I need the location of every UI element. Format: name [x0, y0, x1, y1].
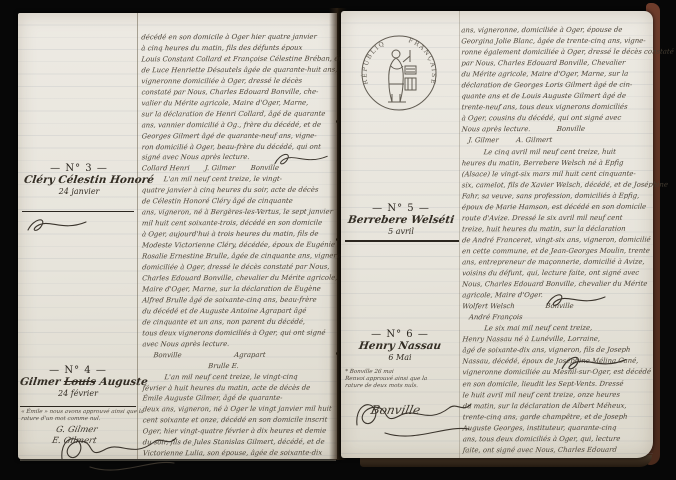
manuscript-line: le huit avril mil neuf cent treize, onze… — [462, 389, 649, 401]
manuscript-line: Bonville Agrapart — [142, 349, 336, 361]
manuscript-line: en cette commune, et de Jean-Georges Mou… — [462, 246, 649, 258]
signature-flourish-bonville — [58, 427, 178, 473]
manuscript-line: six, camelot, fils de Xavier Welsch, déc… — [461, 179, 648, 191]
note-line: rature de deux mots nuls. — [345, 383, 428, 390]
manuscript-line: sur la déclaration de Henri Collard, âgé… — [141, 108, 335, 120]
manuscript-line: Rosalie Ernestine Brulle, âgée de cinqua… — [142, 251, 336, 263]
act-number: — N° 4 — — [20, 365, 136, 376]
manuscript-line: ans, entrepreneur de maçonnerie, domicil… — [462, 257, 649, 269]
manuscript-line: (Alsace) le vingt-six mars mil huit cent… — [461, 168, 648, 180]
margin-entry-5: — N° 5 — Berrebere Welséti 5 avril — [345, 203, 457, 236]
act-date: 24 janvier — [24, 187, 134, 196]
manuscript-line: mil huit cent soixante-trois, décédé en … — [141, 218, 335, 230]
register-right-page: RÉPUBLIQUE FRANÇAISE ans, vigneronne, do… — [341, 11, 653, 458]
act-number: — N° 5 — — [345, 203, 457, 214]
manuscript-line: à Oger, aujourd'hui à trois heures du ma… — [142, 229, 336, 241]
manuscript-line: route d'Avize. Dressé le six avril mil n… — [461, 212, 648, 224]
stamp-figure — [388, 50, 416, 102]
manuscript-line: ans, vannier domicilié à Og., frère du d… — [141, 119, 335, 131]
right-page-body-text: ans, vigneronne, domiciliée à Oger, épou… — [461, 25, 649, 456]
manuscript-line: Alfred Brulle âgé de soixante-cinq ans, … — [142, 295, 336, 307]
signature-flourish — [26, 215, 90, 235]
manuscript-line: Modeste Victorienne Cléry, décédée, épou… — [142, 240, 336, 252]
margin-rule-right-page — [459, 11, 460, 458]
act-number: — N° 3 — — [24, 163, 134, 174]
stitch-dot — [336, 120, 339, 123]
signature-flourish — [272, 150, 332, 168]
register-left-page: décédé en son domicile à Oger hier quatr… — [18, 13, 337, 459]
manuscript-line: de André Franceret, vingt-six ans, vigne… — [462, 235, 649, 247]
manuscript-line: L'an mil neuf cent treize, le vingt-cinq — [142, 371, 336, 383]
manuscript-line: ans, tous deux domiciliés à Oger, qui, l… — [462, 433, 649, 445]
margin-entry-3: — N° 3 — Cléry Célestin Honoré 24 janvie… — [24, 163, 134, 196]
manuscript-line: vigneronne domiciliée à Oger, dressé le … — [141, 75, 335, 87]
manuscript-line: Auguste Georges, instituteur, quarante-c… — [462, 422, 649, 434]
note-rule — [20, 406, 136, 407]
manuscript-line: Louis Constant Collard et Françoise Céle… — [141, 54, 335, 66]
manuscript-line: ronne également domiciliée à Oger, dress… — [461, 47, 648, 59]
act-name: Henry Nassau — [342, 340, 458, 352]
manuscript-line: Georges Gilmert âgé de quarante-neuf ans… — [141, 130, 335, 142]
manuscript-line: domiciliée à Oger, dressé le décès const… — [142, 262, 336, 274]
manuscript-line: en son domicile, lieudit les Sept-Vents.… — [462, 378, 649, 390]
margin-rule-left-page — [137, 13, 138, 459]
stitch-dot — [336, 352, 339, 355]
manuscript-line: J. Gilmer A. Gilmert — [461, 135, 648, 147]
manuscript-line: du matin, sur la déclaration de Albert M… — [462, 400, 649, 412]
note-line: « Émile » nous avons approuvé ainsi que … — [21, 409, 144, 416]
manuscript-line: décédé en son domicile à Oger hier quatr… — [141, 32, 335, 44]
manuscript-line: par Nous, Charles Edouard Bonville, Chev… — [461, 58, 648, 70]
manuscript-line: avec Nous après lecture. — [142, 338, 336, 350]
manuscript-line: faite, ont signé avec Nous, Charles Edou… — [462, 444, 649, 456]
margin-note: « Émile » nous avons approuvé ainsi que … — [21, 409, 144, 423]
margin-entry-6: — N° 6 — Henry Nassau 6 Mai — [343, 329, 457, 362]
manuscript-line: Fahr, sa veuve, sans profession, domicil… — [461, 190, 648, 202]
manuscript-line: voisins du défunt, qui, lecture faite, o… — [462, 268, 649, 280]
manuscript-line: Georgina Jolie Blanc, âgée de trente-cin… — [461, 36, 648, 48]
signature-flourish-bonville — [353, 393, 473, 443]
manuscript-line: Nous, Charles Edouard Bonville, chevalie… — [462, 279, 649, 291]
manuscript-line: de Luce Henriette Désautels âgée de quar… — [141, 65, 335, 77]
act-name: Gilmer Louis Auguste — [19, 376, 137, 388]
manuscript-line: Charles Edouard Bonville, chevalier du M… — [142, 273, 336, 285]
act-name: Berrebere Welséti — [344, 214, 458, 226]
manuscript-line: tous deux vignerons domiciliés à Oger, q… — [142, 327, 336, 339]
act-number: — N° 6 — — [343, 329, 457, 340]
note-line: Renvoi approuvé ainsi que la — [345, 376, 428, 383]
signature-flourish — [560, 352, 630, 374]
margin-entry-4: — N° 4 — Gilmer Louis Auguste 24 février — [20, 365, 136, 398]
left-page-body-text: décédé en son domicile à Oger hier quatr… — [141, 32, 335, 460]
manuscript-line: constaté par Nous, Charles Edouard Bonvi… — [141, 86, 335, 98]
scan-photo-background: décédé en son domicile à Oger hier quatr… — [0, 0, 676, 480]
manuscript-line: trente-cinq ans, garde champêtre, et de … — [462, 411, 649, 423]
manuscript-line: de cinquante et un ans, non parent du dé… — [142, 316, 336, 328]
margin-divider — [345, 240, 459, 242]
margin-note: * Bonville 26 mai Renvoi approuvé ainsi … — [345, 369, 427, 390]
manuscript-line: Brulle E. — [142, 360, 336, 372]
manuscript-line: heures du matin, Berrebere Welsch né à E… — [461, 157, 648, 169]
republique-francaise-stamp: RÉPUBLIQUE FRANÇAISE — [358, 32, 440, 114]
manuscript-line: Maire d'Oger, Marne, sur la déclaration … — [142, 284, 336, 296]
note-line: * Bonville 26 mai — [345, 369, 428, 376]
act-date: 24 février — [20, 389, 136, 398]
manuscript-line: Le cinq avril mil neuf cent treize, huit — [461, 146, 648, 158]
note-line: rature d'un mot comme nul. — [21, 416, 144, 423]
act-date: 5 avril — [345, 227, 457, 236]
manuscript-line: valier du Mérite agricole, Maire d'Oger,… — [141, 97, 335, 109]
manuscript-line: ans, vigneronne, domiciliée à Oger, épou… — [461, 25, 648, 37]
struck-word: Louis — [63, 376, 97, 388]
act-name: Cléry Célestin Honoré — [23, 174, 135, 186]
manuscript-line: du décédé et de Auguste Antoine Agrapart… — [142, 305, 336, 317]
manuscript-line: treize, huit heures du matin, sur la déc… — [461, 224, 648, 236]
stitch-dot — [336, 238, 339, 241]
margin-divider — [22, 211, 134, 212]
manuscript-line: à cinq heures du matin, fils des défunts… — [141, 43, 335, 55]
signature-flourish — [545, 290, 609, 310]
act-date: 6 Mai — [343, 353, 457, 362]
manuscript-line: époux de Marie Hamson, est décédé en son… — [461, 201, 648, 213]
